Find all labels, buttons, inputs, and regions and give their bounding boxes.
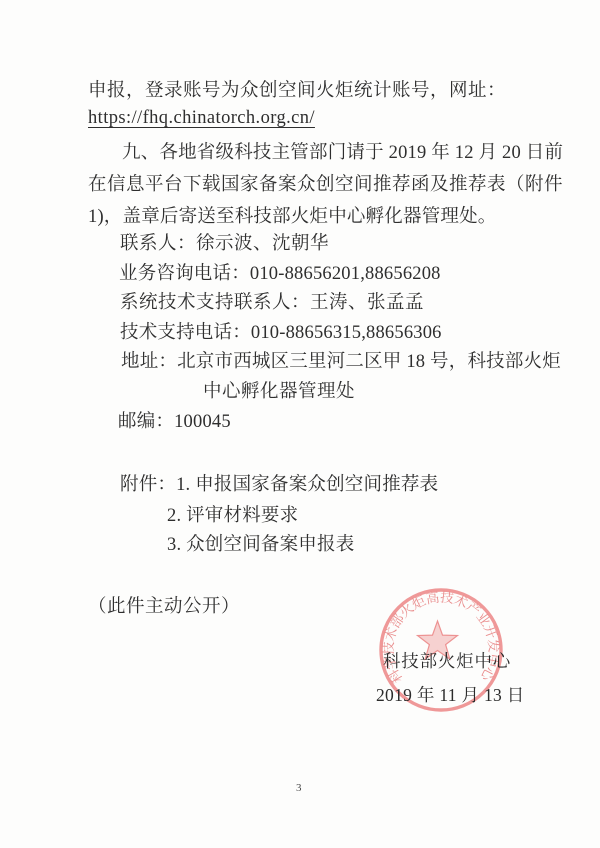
body-line-signup: 申报，登录账号为众创空间火炬统计账号，网址： bbox=[88, 76, 506, 102]
body-line-section9: 九、各地省级科技主管部门请于 2019 年 12 月 20 日前 bbox=[122, 138, 563, 164]
business-phone-line: 业务咨询电话：010-88656201,88656208 bbox=[119, 259, 441, 285]
attachment-line-3: 3. 众创空间备案申报表 bbox=[167, 530, 354, 556]
attachment-line-2: 2. 评审材料要求 bbox=[167, 501, 298, 527]
contact-person-line: 联系人：徐示波、沈朝华 bbox=[120, 229, 329, 255]
address-line-2: 中心孵化器管理处 bbox=[203, 377, 355, 403]
body-line-stamp: 1)，盖章后寄送至科技部火炬中心孵化器管理处。 bbox=[88, 202, 497, 228]
address-line-1: 地址：北京市西城区三里河二区甲 18 号，科技部火炬 bbox=[121, 347, 561, 373]
page-number: 3 bbox=[296, 782, 302, 794]
url-line: https://fhq.chinatorch.org.cn/ bbox=[88, 108, 315, 129]
tech-contact-line: 系统技术支持联系人：王涛、张孟孟 bbox=[120, 288, 424, 314]
postcode-line: 邮编：100045 bbox=[118, 407, 231, 433]
body-line-download: 在信息平台下载国家备案众创空间推荐函及推荐表（附件 bbox=[88, 170, 563, 196]
document-page: 申报，登录账号为众创空间火炬统计账号，网址： https://fhq.china… bbox=[0, 0, 600, 848]
disclosure-note: （此件主动公开） bbox=[88, 592, 240, 618]
attachment-line-1: 附件：1. 申报国家备案众创空间推荐表 bbox=[120, 470, 438, 496]
tech-phone-line: 技术支持电话：010-88656315,88656306 bbox=[120, 318, 442, 344]
date-line: 2019 年 11 月 13 日 bbox=[376, 682, 525, 707]
signer-name: 科技部火炬中心 bbox=[383, 648, 511, 673]
